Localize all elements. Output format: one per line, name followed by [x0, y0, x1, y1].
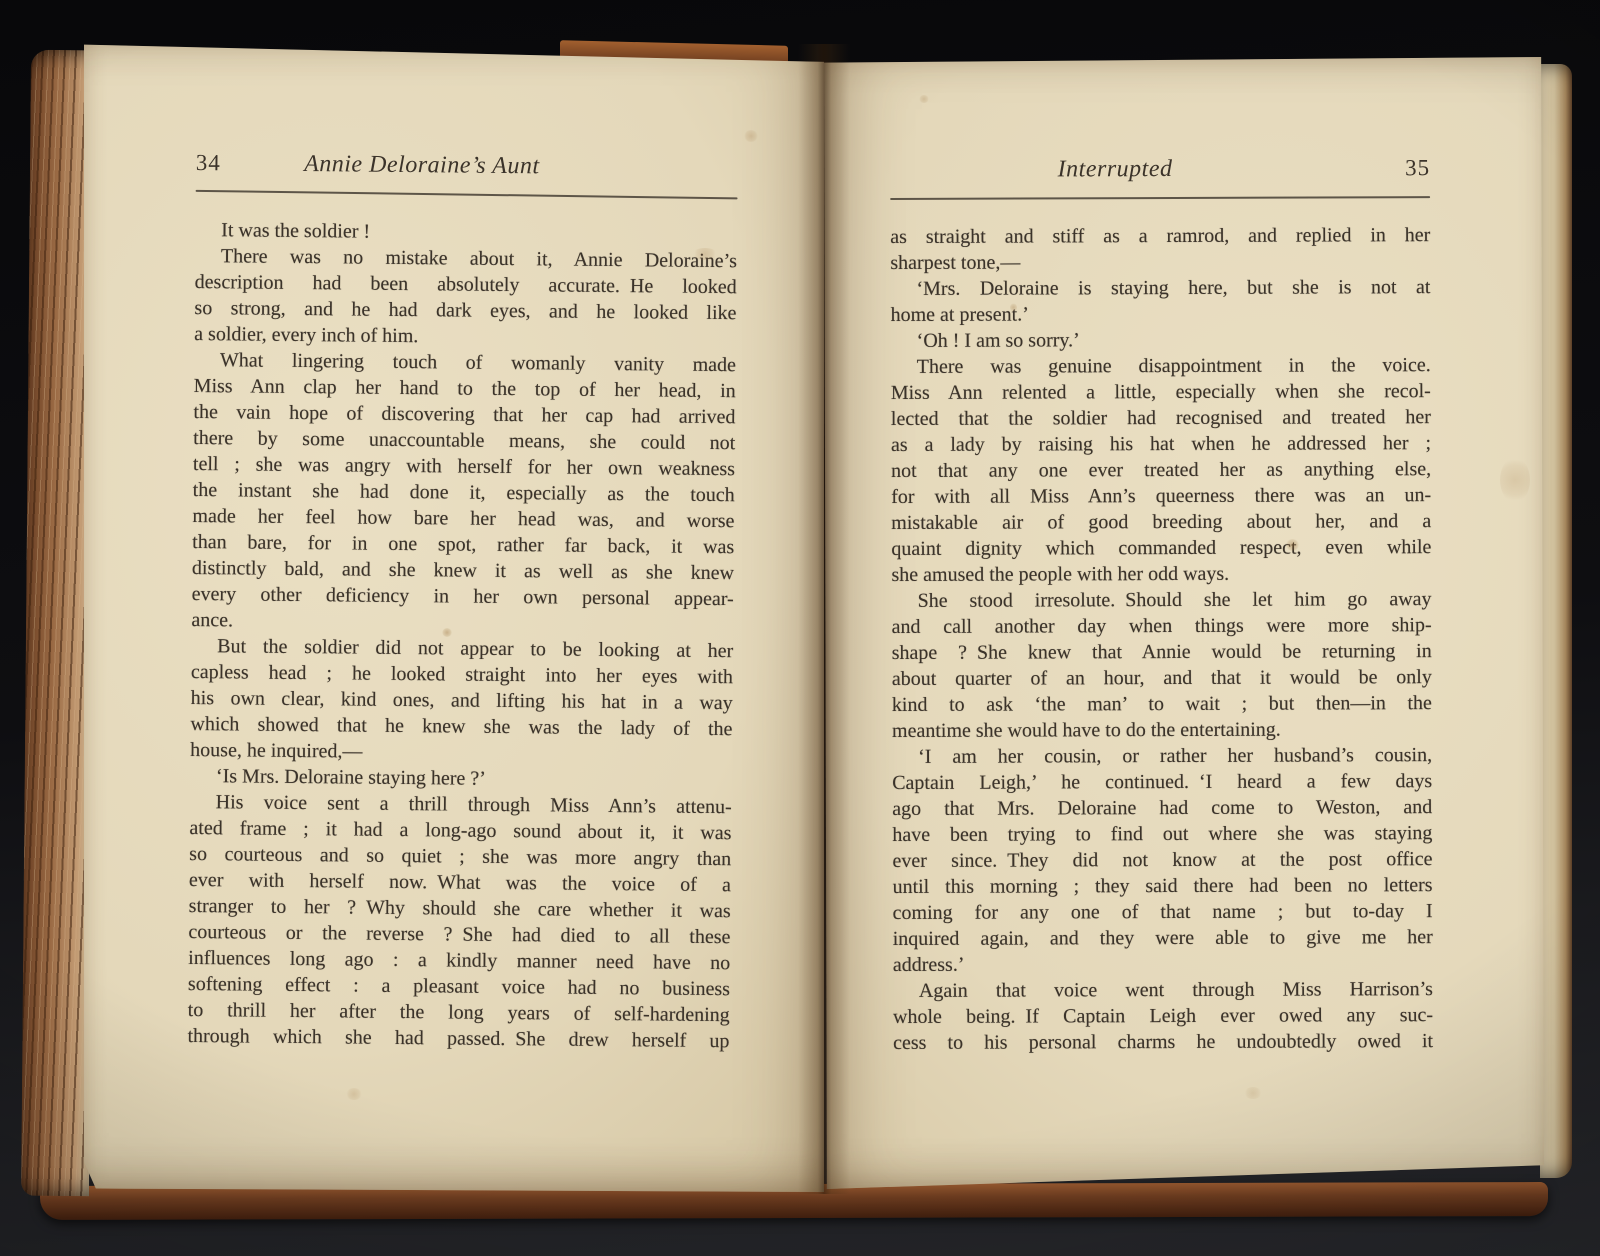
header-rule-right: [890, 196, 1430, 200]
text-line: Again that voice went through Miss Harri…: [893, 976, 1433, 1004]
text-line: meantime she would have to do the entert…: [892, 716, 1432, 744]
running-header-right: Interrupted 35: [890, 155, 1430, 191]
paragraph: His voice sent a thrill through Miss Ann…: [187, 789, 731, 1054]
text-line: cess to his personal charms he undoubted…: [893, 1028, 1433, 1056]
paragraph: She stood irresolute. Should she let him…: [892, 586, 1433, 744]
text-line: through which she had passed. She drew h…: [187, 1023, 729, 1054]
text-line: Miss Ann relented a little, especially w…: [891, 378, 1431, 406]
foxing-spot: [744, 130, 758, 142]
text-line: ever since. They did not know at the pos…: [892, 846, 1432, 874]
page-number-left: 34: [196, 150, 256, 177]
running-title-right: Interrupted: [900, 155, 1330, 184]
body-text-right: as straight and stiff as a ramrod, and r…: [890, 222, 1433, 1056]
paragraph: Again that voice went through Miss Harri…: [893, 976, 1433, 1056]
text-line: She stood irresolute. Should she let him…: [892, 586, 1432, 614]
paragraph: ‘Oh ! I am so sorry.’: [891, 326, 1431, 354]
text-line: whole being. If Captain Leigh ever owed …: [893, 1002, 1433, 1030]
page-number-right: 35: [1370, 155, 1430, 181]
text-line: quaint dignity which commanded respect, …: [891, 534, 1431, 562]
text-line: ‘I am her cousin, or rather her husband’…: [892, 742, 1432, 770]
text-line: inquired again, and they were able to gi…: [893, 924, 1433, 952]
text-line: until this morning ; they said there had…: [893, 872, 1433, 900]
paragraph: But the soldier did not appear to be loo…: [190, 633, 733, 768]
text-line: shape ? She knew that Annie would be ret…: [892, 638, 1432, 666]
running-title-left: Annie Deloraine’s Aunt: [256, 151, 588, 181]
text-line: home at present.’: [891, 300, 1431, 328]
text-line: Captain Leigh,’ he continued. ‘I heard a…: [892, 768, 1432, 796]
body-text-left: It was the soldier !There was no mistake…: [187, 217, 737, 1054]
text-line: coming for any one of that name ; but to…: [893, 898, 1433, 926]
text-line: ‘Oh ! I am so sorry.’: [891, 326, 1431, 354]
foxing-spot: [1500, 457, 1530, 503]
text-line: sharpest tone,—: [890, 248, 1430, 276]
text-line: kind to ask ‘the man’ to wait ; but then…: [892, 690, 1432, 718]
paragraph: There was no mistake about it, Annie Del…: [194, 243, 737, 352]
page-right-content: Interrupted 35 as straight and stiff as …: [890, 155, 1433, 1056]
page-left: 34 Annie Deloraine’s Aunt It was the sol…: [84, 40, 824, 1192]
paragraph: ‘Mrs. Deloraine is staying here, but she…: [890, 274, 1430, 328]
paragraph: ‘I am her cousin, or rather her husband’…: [892, 742, 1433, 978]
text-line: she amused the people with her odd ways.: [891, 560, 1431, 588]
text-line: for with all Miss Ann’s queerness there …: [891, 482, 1431, 510]
page-right: Interrupted 35 as straight and stiff as …: [824, 57, 1544, 1189]
paragraph: as straight and stiff as a ramrod, and r…: [890, 222, 1430, 276]
foxing-spot: [346, 1088, 362, 1100]
text-line: There was genuine disappointment in the …: [891, 352, 1431, 380]
text-line: every other deficiency in her own person…: [192, 581, 734, 612]
text-line: have been trying to find out where she w…: [892, 820, 1432, 848]
running-header-left: 34 Annie Deloraine’s Aunt: [196, 150, 738, 189]
header-rule-left: [196, 190, 738, 200]
text-line: ago that Mrs. Deloraine had come to West…: [892, 794, 1432, 822]
text-line: as straight and stiff as a ramrod, and r…: [890, 222, 1430, 250]
photo-background: 34 Annie Deloraine’s Aunt It was the sol…: [0, 0, 1600, 1256]
page-edges-right: [1540, 64, 1572, 1178]
foxing-spot: [1244, 1087, 1262, 1099]
text-line: and call another day when things were mo…: [892, 612, 1432, 640]
text-line: ‘Mrs. Deloraine is staying here, but she…: [890, 274, 1430, 302]
text-line: lected that the soldier had recognised a…: [891, 404, 1431, 432]
paragraph: What lingering touch of womanly vanity m…: [191, 347, 736, 638]
text-line: mistakable air of good breeding about he…: [891, 508, 1431, 536]
text-line: about quarter of an hour, and that it wo…: [892, 664, 1432, 692]
paragraph: There was genuine disappointment in the …: [891, 352, 1432, 588]
text-line: as a lady by raising his hat when he add…: [891, 430, 1431, 458]
page-left-content: 34 Annie Deloraine’s Aunt It was the sol…: [187, 150, 738, 1054]
text-line: not that any one ever treated her as any…: [891, 456, 1431, 484]
foxing-spot: [919, 95, 929, 103]
text-line: address.’: [893, 950, 1433, 978]
